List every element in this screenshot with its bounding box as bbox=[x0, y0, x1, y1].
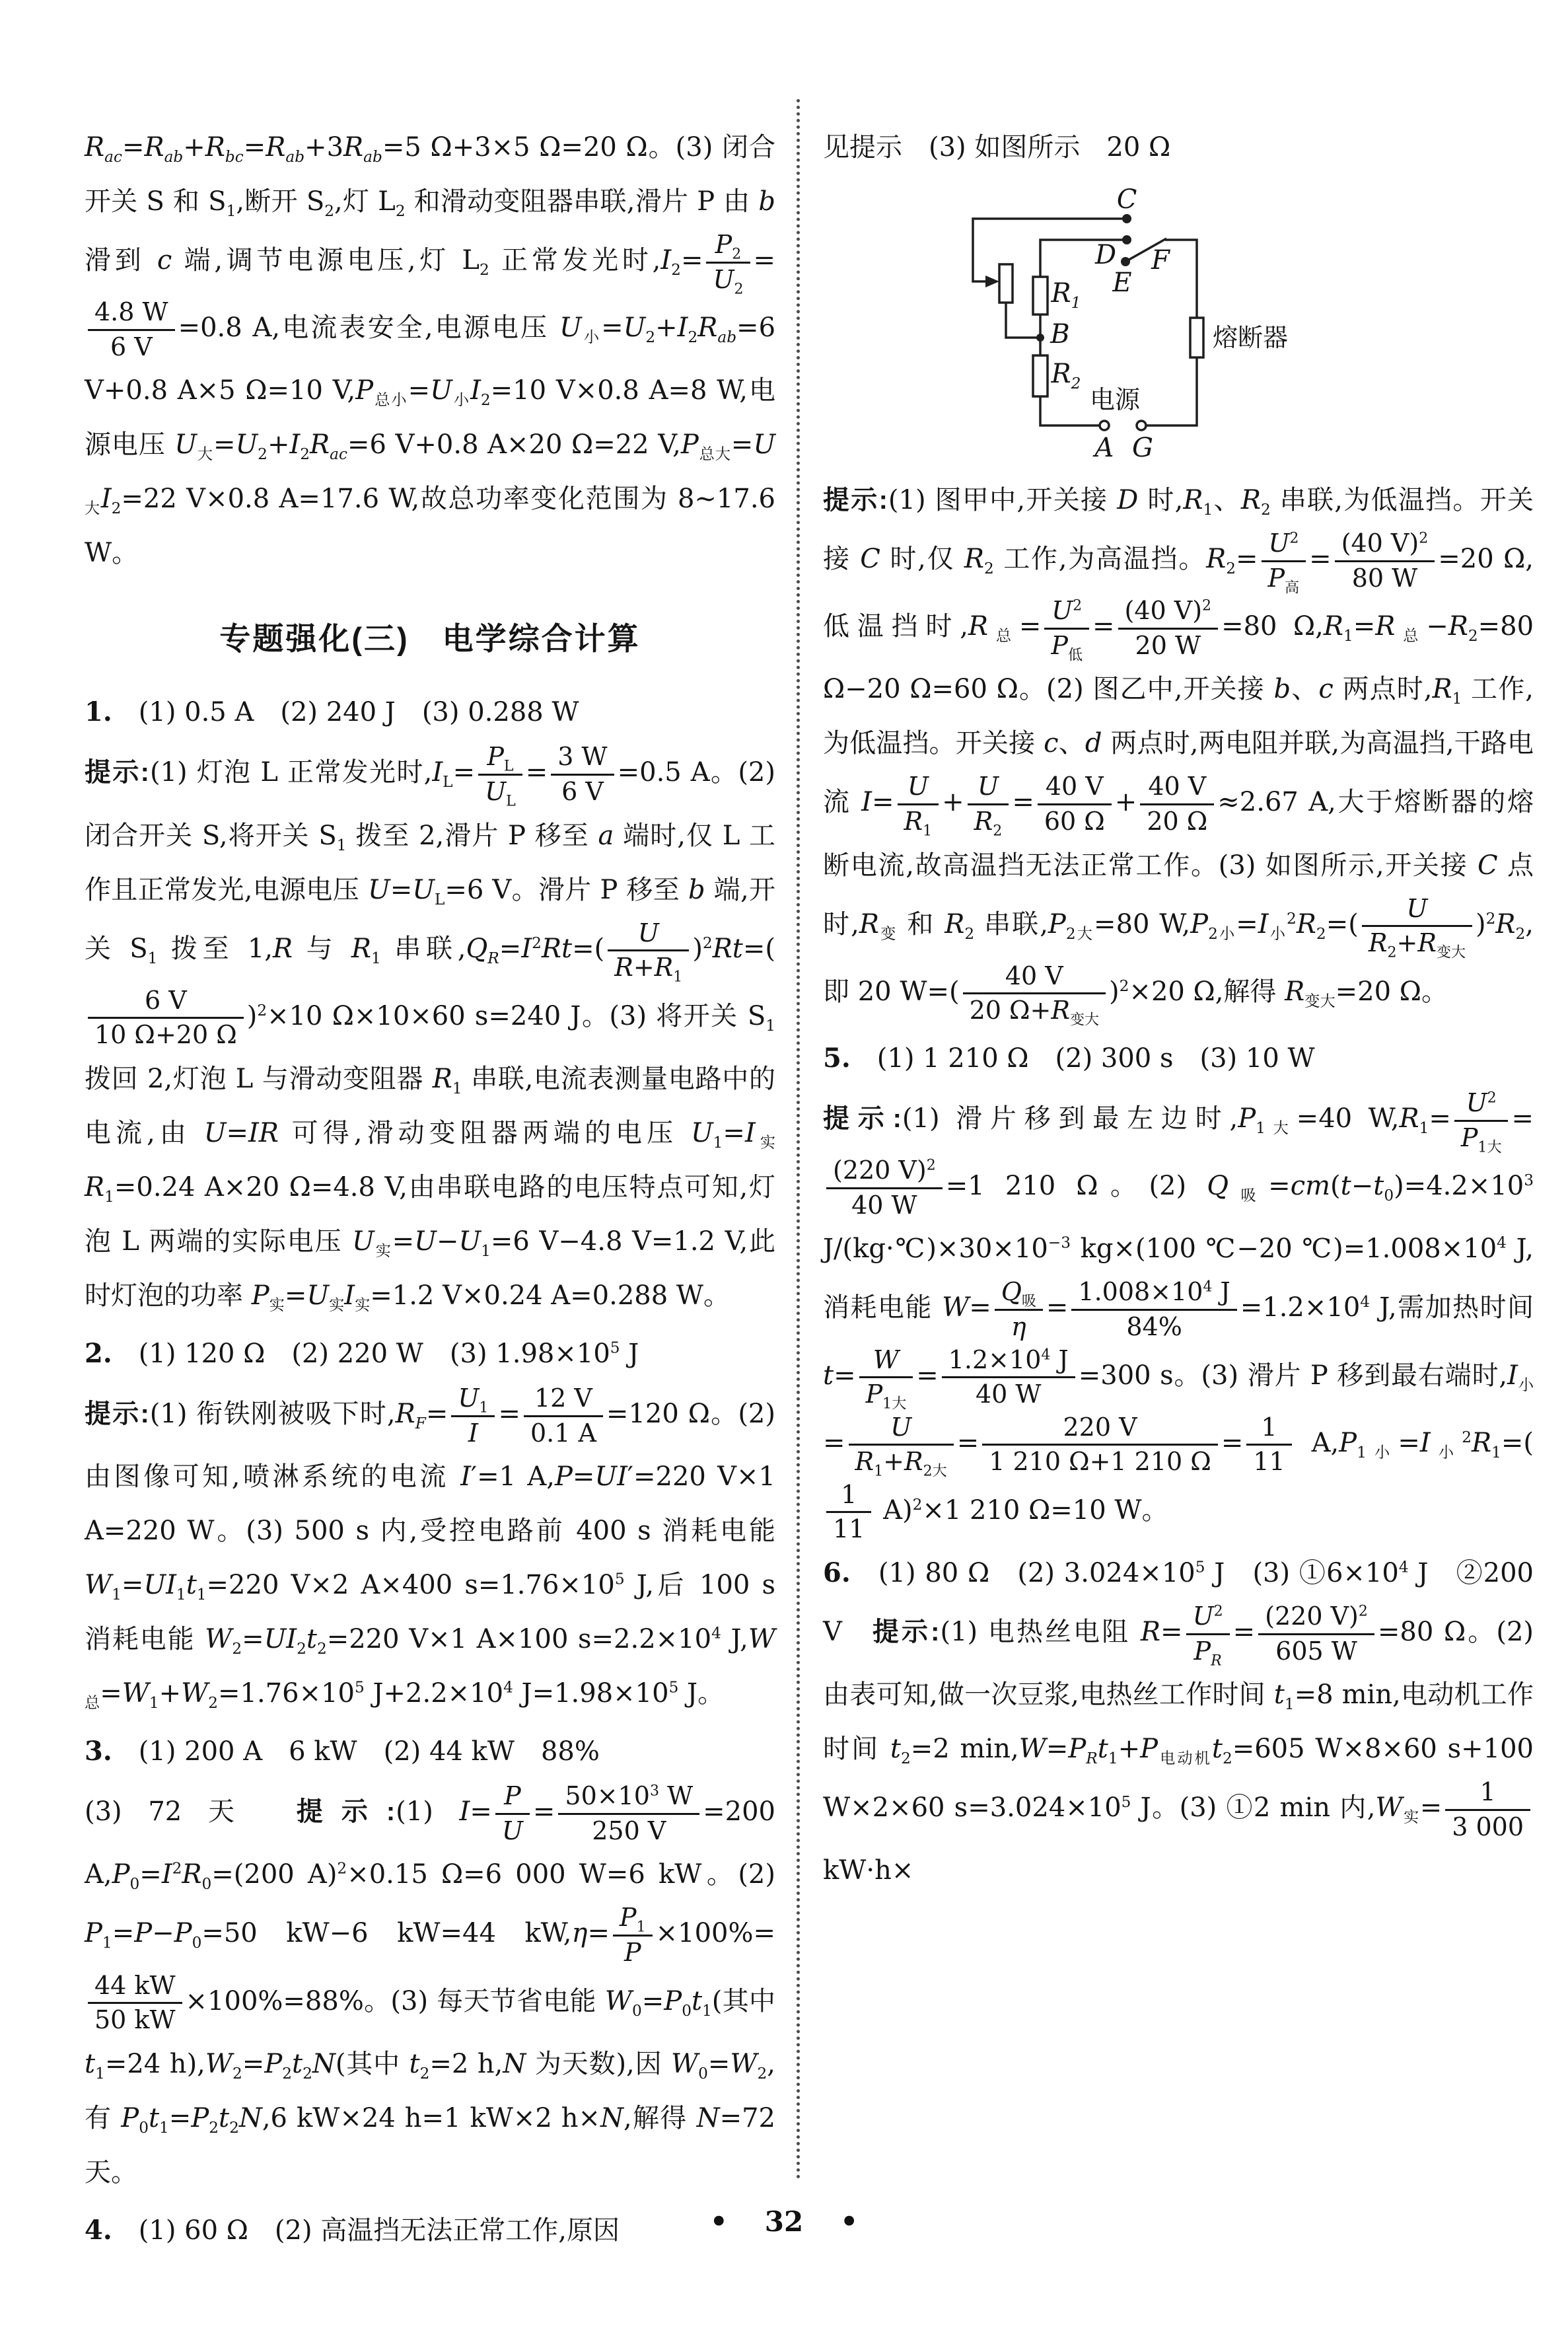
figure-label-f: F bbox=[1151, 247, 1170, 274]
left-column: Rac=Rab+Rbc=Rab+3Rab=5 Ω+3×5 Ω=20 Ω。(3) … bbox=[85, 120, 775, 2259]
figure-label-c: C bbox=[1117, 186, 1137, 213]
answer-item-2: 2. (1) 120 Ω (2) 220 W (3) 1.98×105 J bbox=[85, 1327, 775, 1381]
continuation-paragraph: Rac=Rab+Rbc=Rab+3Rab=5 Ω+3×5 Ω=20 Ω。(3) … bbox=[85, 120, 775, 580]
answer-item-1: 1. (1) 0.5 A (2) 240 J (3) 0.288 W bbox=[85, 685, 775, 739]
right-column: 见提示 (3) 如图所示 20 Ω bbox=[823, 120, 1534, 1898]
document-page: Rac=Rab+Rbc=Rab+3Rab=5 Ω+3×5 Ω=20 Ω。(3) … bbox=[0, 0, 1568, 2325]
hint-paragraph-4: 提示:(1) 图甲中,开关接 D 时,R1、R2 串联,为低温挡。开关接 C 时… bbox=[823, 473, 1534, 1027]
terminal-g bbox=[1137, 421, 1146, 430]
figure-label-fuse: 熔断器 bbox=[1213, 325, 1288, 350]
terminal-a bbox=[1100, 421, 1109, 430]
circuit-figure: C D E F B R1 R2 电源 熔断器 A G bbox=[959, 192, 1316, 464]
contact-dot-e bbox=[1121, 257, 1130, 266]
hint-paragraph-1: 提示:(1) 灯泡 L 正常发光时,IL=PLUL=3 W6 V=0.5 A。(… bbox=[85, 741, 775, 1323]
section-title: 专题强化(三) 电学综合计算 bbox=[85, 618, 775, 659]
hint-paragraph-5: 提示:(1) 滑片移到最左边时,P1大=40 W,R1=U2P1大=(220 V… bbox=[823, 1087, 1534, 1546]
junction-dot-b bbox=[1036, 334, 1044, 342]
figure-label-d: D bbox=[1095, 242, 1116, 268]
figure-label-power: 电源 bbox=[1090, 387, 1140, 412]
rheostat-box bbox=[999, 264, 1013, 303]
answer-item-5: 5. (1) 1 210 Ω (2) 300 s (3) 10 W bbox=[823, 1031, 1534, 1086]
wire-bottom-right bbox=[1146, 357, 1197, 425]
figure-label-e: E bbox=[1112, 270, 1131, 296]
answer-item-6: 6. (1) 80 Ω (2) 3.024×105 J (3) ①6×104 J… bbox=[823, 1546, 1534, 1898]
contact-dot-c bbox=[1122, 214, 1131, 223]
answer-item-4-continued: 见提示 (3) 如图所示 20 Ω bbox=[823, 120, 1534, 174]
contact-dot-d bbox=[1122, 235, 1131, 244]
wire-right-top bbox=[1165, 240, 1197, 318]
footer-dot-left: • bbox=[710, 2205, 728, 2238]
figure-label-r2: R2 bbox=[1051, 361, 1081, 387]
slider-arrow bbox=[985, 276, 999, 287]
resistor-r2-box bbox=[1033, 355, 1048, 396]
hint-paragraph-3: (3) 72 天 提示:(1) I=PU=50×103 W250 V=200 A… bbox=[85, 1780, 775, 2199]
figure-label-r1: R1 bbox=[1051, 280, 1081, 307]
figure-label-g: G bbox=[1132, 435, 1153, 461]
resistor-r1-box bbox=[1033, 277, 1048, 314]
fuse-box bbox=[1190, 318, 1203, 357]
footer-dot-right: • bbox=[840, 2205, 858, 2238]
answer-item-3: 3. (1) 200 A 6 kW (2) 44 kW 88% bbox=[85, 1724, 775, 1779]
footer-number: 32 bbox=[765, 2205, 803, 2238]
figure-label-a: A bbox=[1095, 435, 1114, 461]
hint-paragraph-2: 提示:(1) 衔铁刚被吸下时,RF=U1I=12 V0.1 A=120 Ω。(2… bbox=[85, 1382, 775, 1720]
page-number: •32• bbox=[0, 2205, 1568, 2238]
column-divider bbox=[797, 99, 800, 2180]
figure-label-b: B bbox=[1050, 321, 1069, 348]
